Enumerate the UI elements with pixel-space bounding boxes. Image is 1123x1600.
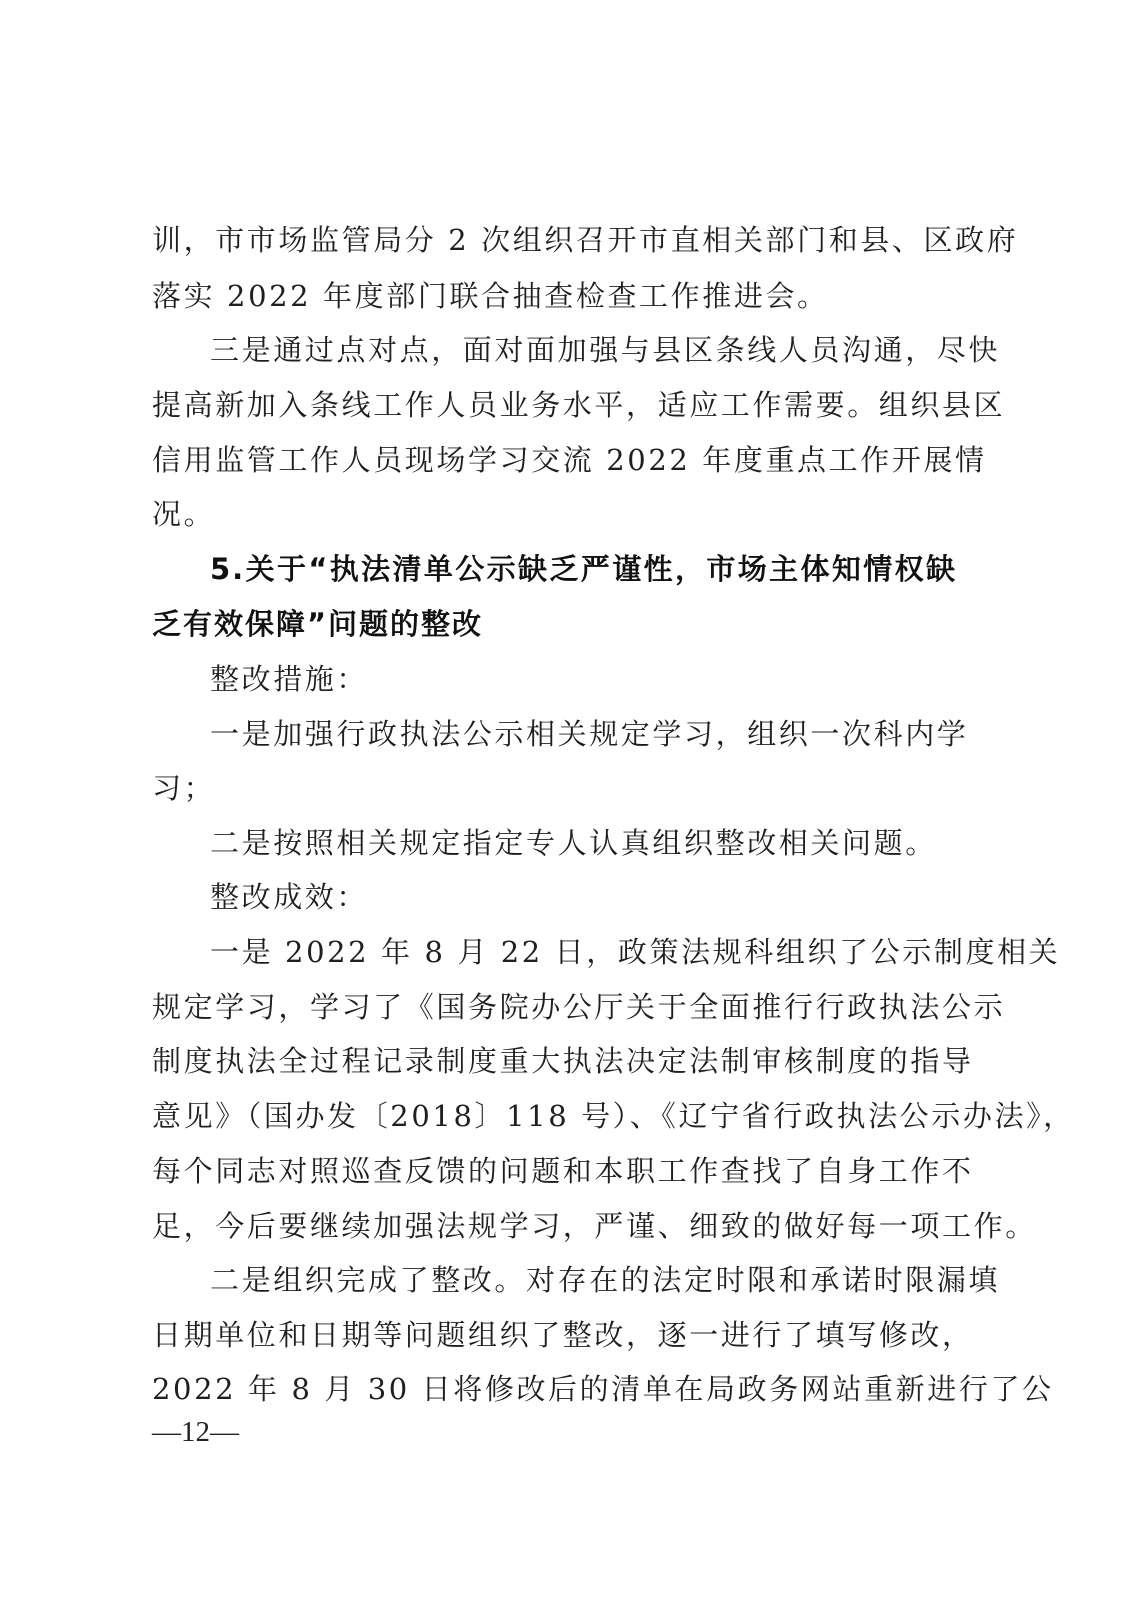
paragraph-line: 制度执法全过程记录制度重大执法决定法制审核制度的指导 — [152, 1041, 957, 1081]
paragraph-line: 整改成效： — [210, 877, 957, 917]
document-page: 训，市市场监管局分 2 次组织召开市直相关部门和县、区政府落实 2022 年度部… — [0, 0, 1123, 1600]
paragraph-line: 规定学习，学习了《国务院办公厅关于全面推行行政执法公示 — [152, 987, 957, 1027]
paragraph-line: 一是加强行政执法公示相关规定学习，组织一次科内学 — [210, 714, 957, 754]
paragraph-line: 2022 年 8 月 30 日将修改后的清单在局政务网站重新进行了公 — [152, 1369, 957, 1409]
paragraph-line: 二是组织完成了整改。对存在的法定时限和承诺时限漏填 — [210, 1260, 957, 1300]
paragraph-line: 一是 2022 年 8 月 22 日，政策法规科组织了公示制度相关 — [210, 932, 957, 972]
paragraph-line: 整改措施： — [210, 659, 957, 699]
paragraph-line: 训，市市场监管局分 2 次组织召开市直相关部门和县、区政府 — [152, 220, 957, 260]
page-number: —12— — [152, 1416, 239, 1449]
section-heading-line: 乏有效保障”问题的整改 — [152, 604, 957, 644]
paragraph-line: 意见》（国办发〔2018〕118 号）、《辽宁省行政执法公示办法》， — [152, 1096, 957, 1136]
paragraph-line: 信用监管工作人员现场学习交流 2022 年度重点工作开展情 — [152, 440, 957, 480]
paragraph-line: 日期单位和日期等问题组织了整改，逐一进行了填写修改， — [152, 1315, 957, 1355]
paragraph-line: 足，今后要继续加强法规学习，严谨、细致的做好每一项工作。 — [152, 1206, 957, 1246]
paragraph-line: 二是按照相关规定指定专人认真组织整改相关问题。 — [210, 823, 957, 863]
paragraph-line: 落实 2022 年度部门联合抽查检查工作推进会。 — [152, 276, 957, 316]
paragraph-line: 习； — [152, 768, 957, 808]
section-heading-line: 5.关于“执法清单公示缺乏严谨性，市场主体知情权缺 — [210, 549, 957, 589]
paragraph-line: 每个同志对照巡查反馈的问题和本职工作查找了自身工作不 — [152, 1151, 957, 1191]
paragraph-line: 提高新加入条线工作人员业务水平，适应工作需要。组织县区 — [152, 385, 957, 425]
paragraph-line: 三是通过点对点，面对面加强与县区条线人员沟通，尽快 — [210, 330, 957, 370]
paragraph-line: 况。 — [152, 494, 957, 534]
